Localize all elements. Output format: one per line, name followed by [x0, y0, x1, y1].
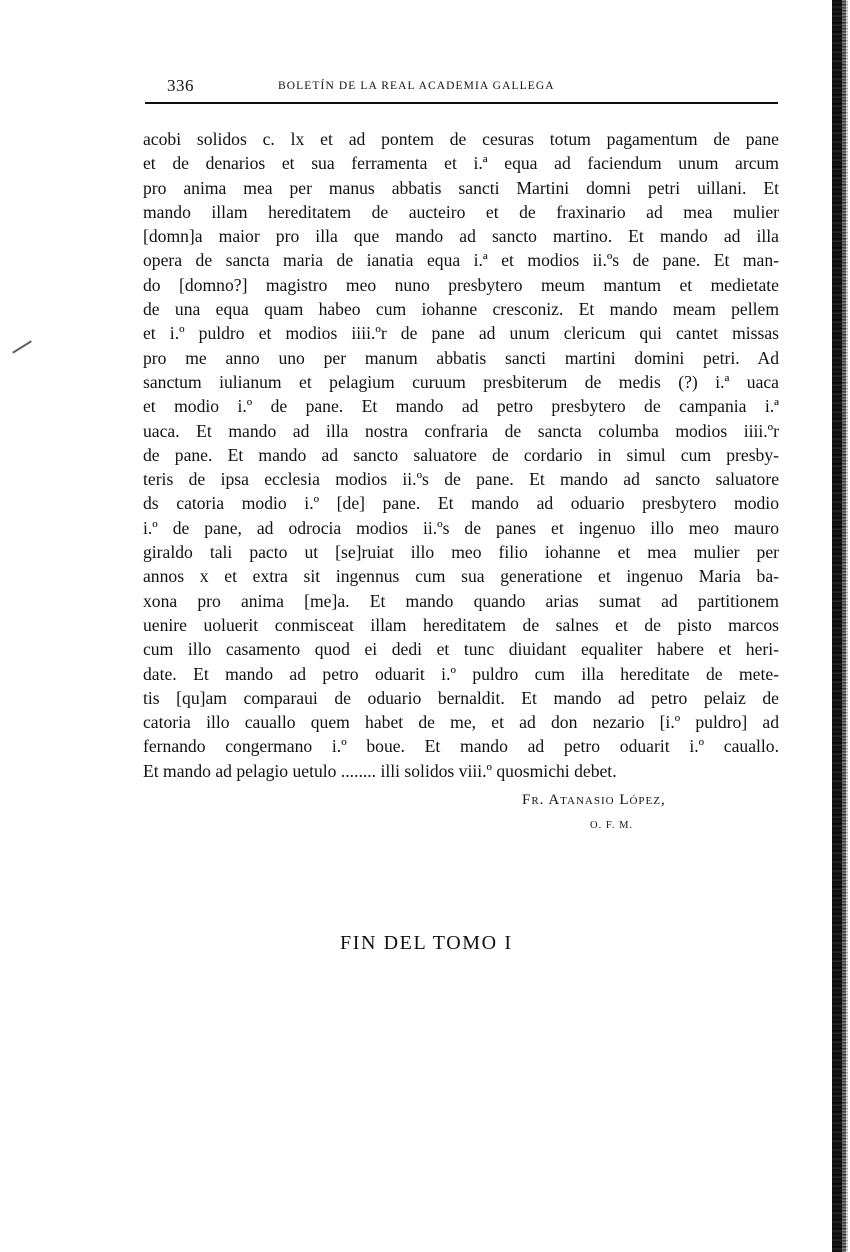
text-line: Et mando ad pelagio uetulo ........ illi…: [143, 759, 779, 783]
journal-title: BOLETÍN DE LA REAL ACADEMIA GALLEGA: [278, 80, 555, 92]
text-line: [domn]a maior pro illa que mando ad sanc…: [143, 224, 779, 248]
text-line: et de denarios et sua ferramenta et i.ª …: [143, 151, 779, 175]
text-line: xona pro anima [me]a. Et mando quando ar…: [143, 589, 779, 613]
text-line: teris de ipsa ecclesia modios ii.ºs de p…: [143, 467, 779, 491]
margin-pencil-mark: [12, 340, 32, 353]
binding-edge-speckle: [842, 0, 848, 1252]
text-line: fernando congermano i.º boue. Et mando a…: [143, 734, 779, 758]
text-line: et modio i.º de pane. Et mando ad petro …: [143, 394, 779, 418]
text-line: pro anima mea per manus abbatis sancti M…: [143, 176, 779, 200]
text-line: uaca. Et mando ad illa nostra confraria …: [143, 419, 779, 443]
end-of-volume-title: FIN DEL TOMO I: [340, 932, 513, 955]
text-line: acobi solidos c. lx et ad pontem de cesu…: [143, 127, 779, 151]
text-line: i.º de pane, ad odrocia modios ii.ºs de …: [143, 516, 779, 540]
text-line: catoria illo cauallo quem habet de me, e…: [143, 710, 779, 734]
header-rule: [145, 102, 778, 104]
running-header: 336 BOLETÍN DE LA REAL ACADEMIA GALLEGA: [145, 76, 778, 98]
text-line: opera de sancta maria de ianatia equa i.…: [143, 248, 779, 272]
text-line: mando illam hereditatem de aucteiro et d…: [143, 200, 779, 224]
page-number: 336: [167, 76, 194, 96]
text-line: sanctum iulianum et pelagium curuum pres…: [143, 370, 779, 394]
text-line: date. Et mando ad petro oduarit i.º puld…: [143, 662, 779, 686]
text-line: giraldo tali pacto ut [se]ruiat illo meo…: [143, 540, 779, 564]
body-text: acobi solidos c. lx et ad pontem de cesu…: [143, 127, 779, 783]
text-line: uenire uoluerit conmisceat illam heredit…: [143, 613, 779, 637]
text-line: do [domno?] magistro meo nuno presbytero…: [143, 273, 779, 297]
author-signature: Fr. Atanasio López,: [522, 792, 666, 809]
text-line: ds catoria modio i.º [de] pane. Et mando…: [143, 491, 779, 515]
text-line: annos x et extra sit ingennus cum sua ge…: [143, 564, 779, 588]
text-line: cum illo casamento quod ei dedi et tunc …: [143, 637, 779, 661]
text-line: tis [qu]am comparaui de oduario bernaldi…: [143, 686, 779, 710]
scanned-page: 336 BOLETÍN DE LA REAL ACADEMIA GALLEGA …: [0, 0, 850, 1252]
text-line: pro me anno uno per manum abbatis sancti…: [143, 346, 779, 370]
text-line: de pane. Et mando ad sancto saluatore de…: [143, 443, 779, 467]
religious-order: O. F. M.: [590, 820, 633, 831]
text-line: de una equa quam habeo cum iohanne cresc…: [143, 297, 779, 321]
text-line: et i.º puldro et modios iiii.ºr de pane …: [143, 321, 779, 345]
